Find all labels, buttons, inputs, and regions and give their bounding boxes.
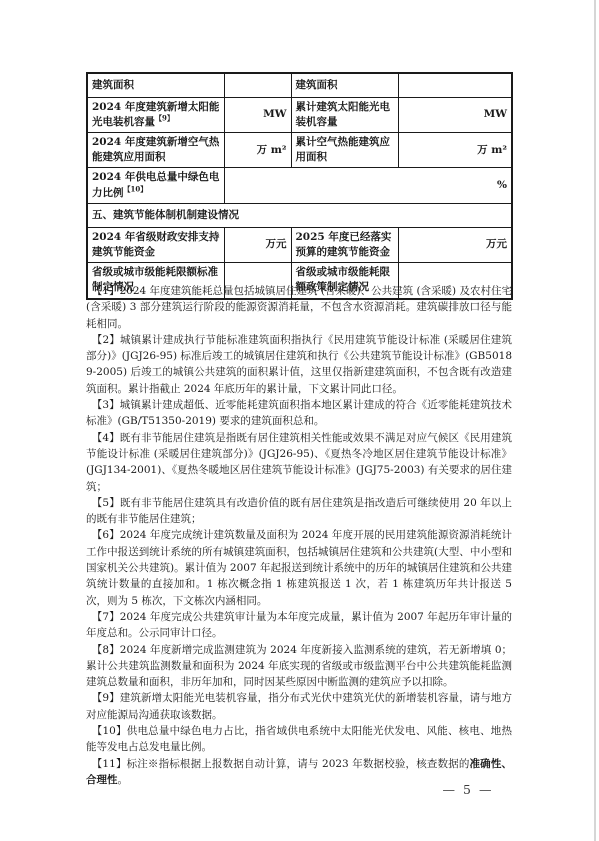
note-8: 【8】2024 年度新增完成监测建筑为 2024 年度新接入监测系统的建筑，若无…: [86, 642, 512, 691]
cell-building-area-right-value: [398, 73, 512, 97]
note-10: 【10】供电总量中绿色电力占比，指省域供电系统中太阳能光伏发电、风能、核电、地热…: [86, 723, 512, 756]
note-2: 【2】城镇累计建成执行节能标准建筑面积指执行《民用建筑节能设计标准 (采暖居住建…: [86, 332, 512, 397]
page-edge-line: [594, 0, 596, 841]
cell-building-area-left-value: [224, 73, 291, 97]
cell-new-air-thermal-area-unit: 万 m²: [224, 132, 291, 167]
cell-budget-funds-2025-label: 2025 年度已经落实预算的建筑节能资金: [291, 227, 398, 262]
cell-building-area-left-label: 建筑面积: [87, 73, 224, 97]
note-5: 【5】既有非节能居住建筑具有改造价值的既有居住建筑是指改造后可继续使用 20 年…: [86, 495, 512, 528]
footnotes-section: 【1】2024 年度建筑能耗总量包括城镇居住建筑 (含采暖)、公共建筑 (含采暖…: [86, 283, 512, 788]
note-3: 【3】城镇累计建成超低、近零能耗建筑面积指本地区累计建成的符合《近零能耗建筑技术…: [86, 397, 512, 430]
cell-budget-funds-2025-unit: 万元: [398, 227, 512, 262]
note-4: 【4】既有非节能居住建筑是指既有居住建筑相关性能或效果不满足对应气候区《民用建筑…: [86, 430, 512, 495]
note-1: 【1】2024 年度建筑能耗总量包括城镇居住建筑 (含采暖)、公共建筑 (含采暖…: [86, 283, 512, 332]
cell-new-air-thermal-area-label: 2024 年度建筑新增空气热能建筑应用面积: [87, 132, 224, 167]
cell-cumulative-solar-capacity-label: 累计建筑太阳能光电装机容量: [291, 97, 398, 132]
note-6: 【6】2024 年度完成统计建筑数量及面积为 2024 年度开展的民用建筑能源资…: [86, 527, 512, 608]
cell-new-solar-capacity-label: 2024 年度建筑新增太阳能光电装机容量【9】: [87, 97, 224, 132]
cell-provincial-funds-2024-label: 2024 年省级财政安排支持建筑节能资金: [87, 227, 224, 262]
cell-green-power-ratio-label: 2024 年供电总量中绿色电力比例【10】: [87, 168, 224, 203]
cell-new-solar-capacity-unit: MW: [224, 97, 291, 132]
note-7: 【7】2024 年度完成公共建筑审计量为本年度完成量，累计值为 2007 年起历…: [86, 609, 512, 642]
cell-cumulative-air-thermal-area-unit: 万 m²: [398, 132, 512, 167]
page-number: — 5 —: [418, 782, 518, 797]
note-ref-9: 【9】: [155, 113, 174, 122]
note-ref-10: 【10】: [124, 184, 148, 193]
cell-cumulative-solar-capacity-unit: MW: [398, 97, 512, 132]
note-9: 【9】建筑新增太阳能光电装机容量，指分布式光伏中建筑光伏的新增装机容量，请与地方…: [86, 690, 512, 723]
section-header-institutional-mechanism: 五、建筑节能体制机制建设情况: [87, 203, 512, 227]
cell-provincial-funds-2024-unit: 万元: [224, 227, 291, 262]
document-page: 建筑面积 建筑面积 2024 年度建筑新增太阳能光电装机容量【9】 MW 累计建…: [0, 0, 599, 841]
cell-green-power-ratio-unit: %: [224, 168, 512, 203]
energy-report-table: 建筑面积 建筑面积 2024 年度建筑新增太阳能光电装机容量【9】 MW 累计建…: [86, 72, 511, 300]
cell-cumulative-air-thermal-area-label: 累计空气热能建筑应用面积: [291, 132, 398, 167]
cell-building-area-right-label: 建筑面积: [291, 73, 398, 97]
